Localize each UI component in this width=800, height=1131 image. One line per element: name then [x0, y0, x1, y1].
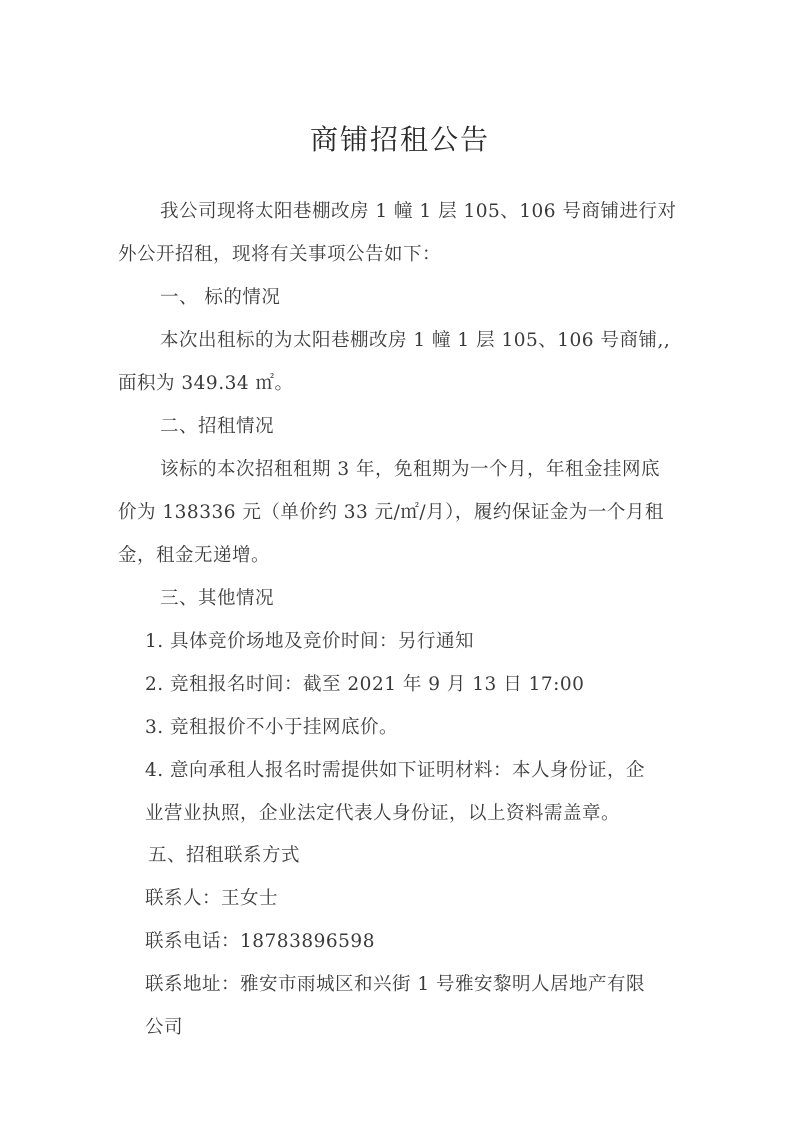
section-3-item-4-line-1: 4. 意向承租人报名时需提供如下证明材料：本人身份证，企 [145, 756, 645, 782]
section-3-item-2: 2. 竞租报名时间：截至 2021 年 9 月 13 日 17:00 [145, 670, 584, 696]
section-2-heading: 二、招租情况 [160, 412, 274, 438]
section-5-heading: 五、招租联系方式 [148, 841, 300, 867]
section-3-item-4-line-2: 业营业执照，企业法定代表人身份证，以上资料需盖章。 [145, 799, 620, 825]
section-3-item-3: 3. 竞租报价不小于挂网底价。 [145, 713, 398, 739]
contact-address-line-1: 联系地址：雅安市雨城区和兴街 1 号雅安黎明人居地产有限 [145, 970, 645, 996]
section-3-heading: 三、其他情况 [160, 584, 274, 610]
section-2-line-1: 该标的本次招租租期 3 年，免租期为一个月，年租金挂网底 [160, 455, 660, 481]
document-title: 商铺招租公告 [0, 118, 800, 158]
section-1-line-2: 面积为 349.34 ㎡。 [118, 369, 294, 395]
contact-phone: 联系电话：18783896598 [145, 927, 375, 953]
section-2-line-2: 价为 138336 元（单价约 33 元/㎡/月），履约保证金为一个月租 [118, 498, 664, 524]
section-3-item-1: 1. 具体竞价场地及竞价时间：另行通知 [145, 627, 474, 653]
section-2-line-3: 金，租金无递增。 [118, 541, 270, 567]
intro-line-1: 我公司现将太阳巷棚改房 1 幢 1 层 105、106 号商铺进行对 [160, 197, 676, 223]
section-1-line-1: 本次出租标的为太阳巷棚改房 1 幢 1 层 105、106 号商铺,, [160, 326, 670, 352]
contact-address-line-2: 公司 [145, 1013, 183, 1039]
section-1-heading: 一、 标的情况 [160, 283, 280, 309]
intro-line-2: 外公开招租，现将有关事项公告如下： [118, 240, 441, 266]
contact-person: 联系人：王女士 [145, 884, 278, 910]
